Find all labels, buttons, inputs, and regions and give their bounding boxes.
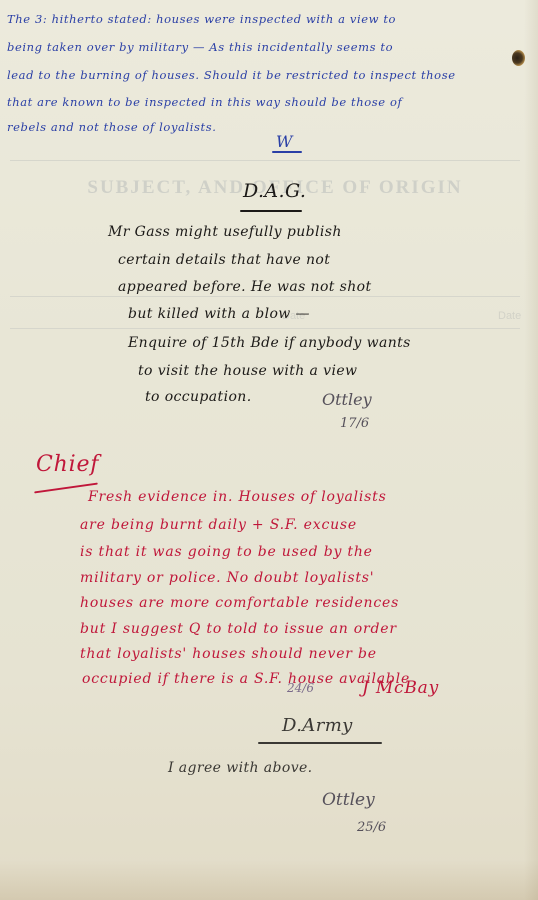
heading-chief: Chief	[36, 452, 99, 477]
minute-line: military or police. No doubt loyalists'	[80, 571, 374, 585]
heading-underline	[258, 742, 382, 744]
signature: J McBay	[362, 678, 439, 698]
minute-line: appeared before. He was not shot	[118, 280, 372, 294]
minute-line: rebels and not those of loyalists.	[7, 122, 217, 134]
date: 25/6	[357, 820, 386, 835]
manuscript-page: SUBJECT, AND OFFICE OF ORIGIN Date Date …	[0, 0, 538, 900]
date: 24/6	[287, 681, 314, 695]
minute-line: certain details that have not	[118, 253, 330, 267]
signature: Ottley	[322, 790, 375, 810]
minute-line: lead to the burning of houses. Should it…	[7, 70, 456, 82]
minute-line: that are known to be inspected in this w…	[7, 97, 402, 109]
minute-line: I agree with above.	[168, 761, 313, 775]
initials: W	[276, 132, 293, 151]
minute-line: but killed with a blow —	[128, 307, 310, 321]
form-rule	[10, 160, 520, 161]
minute-line: Mr Gass might usefully publish	[108, 225, 342, 239]
minute-line: Fresh evidence in. Houses of loyalists	[88, 490, 387, 504]
minute-line: is that it was going to be used by the	[80, 545, 373, 559]
minute-line: The 3: hitherto stated: houses were insp…	[7, 14, 396, 26]
heading-darmy: D.Army	[282, 715, 353, 736]
paper-bottom-shading	[0, 860, 538, 900]
minute-line: being taken over by military — As this i…	[7, 42, 393, 54]
minute-line: to occupation.	[145, 390, 252, 404]
date: 17/6	[340, 416, 369, 431]
heading-underline	[240, 210, 302, 212]
minute-line: that loyalists' houses should never be	[80, 647, 377, 661]
minute-line: Enquire of 15th Bde if anybody wants	[128, 336, 411, 350]
minute-line: are being burnt daily + S.F. excuse	[80, 518, 357, 532]
paper-edge-shading	[524, 0, 538, 900]
minute-line: occupied if there is a S.F. house availa…	[82, 672, 410, 686]
initials-underline	[272, 151, 302, 153]
minute-line: houses are more comfortable residences	[80, 596, 399, 610]
signature: Ottley	[322, 390, 372, 409]
form-label-date: Date	[498, 310, 521, 322]
heading-dag: D.A.G.	[243, 180, 306, 202]
minute-line: to visit the house with a view	[138, 364, 357, 378]
form-rule	[10, 296, 520, 297]
minute-line: but I suggest Q to told to issue an orde…	[80, 622, 397, 636]
form-rule	[10, 328, 520, 329]
